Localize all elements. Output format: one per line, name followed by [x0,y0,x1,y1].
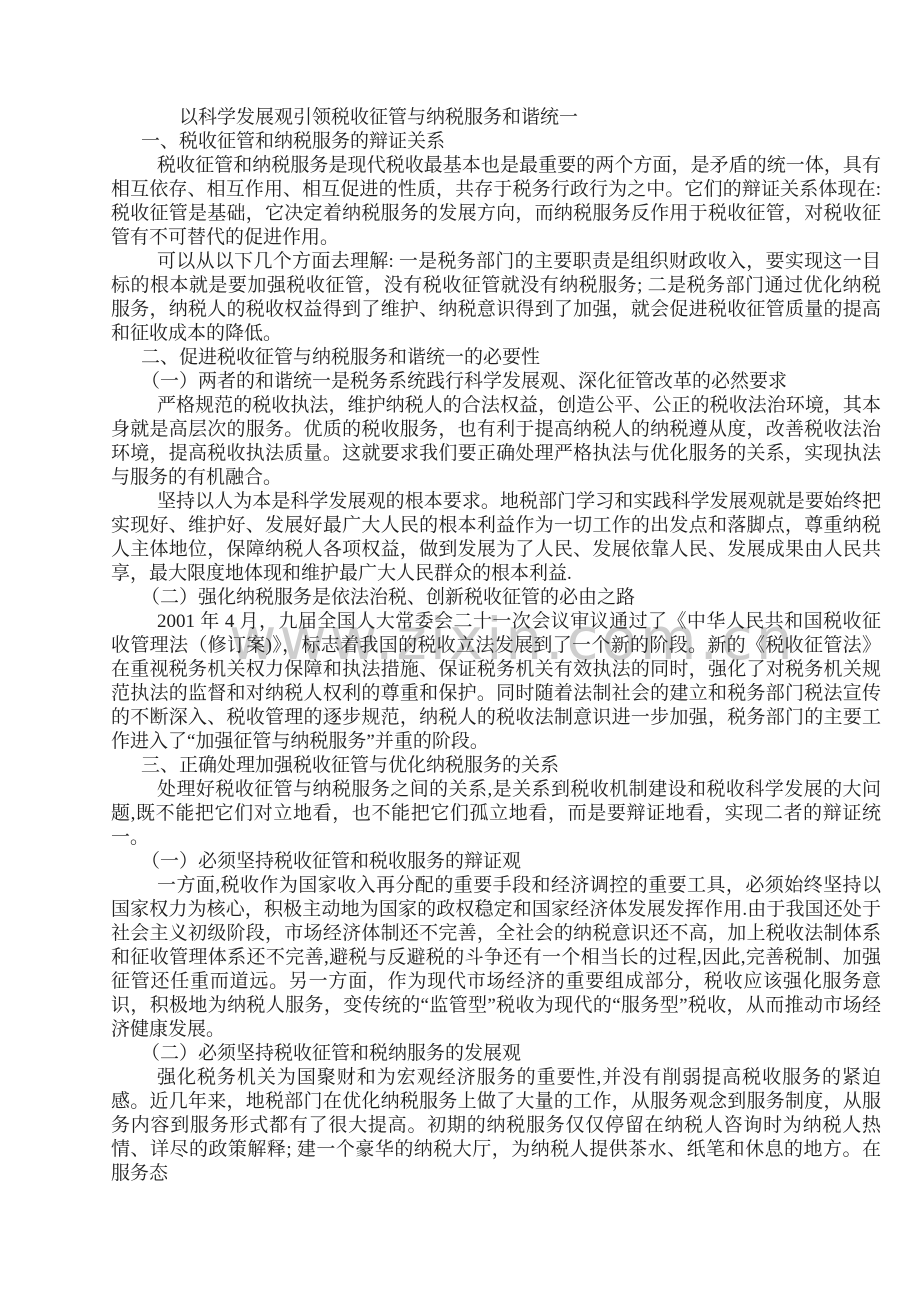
section-heading-2: 二、促进税收征管与纳税服务和谐统一的必要性 [111,346,881,370]
paragraph: 坚持以人为本是科学发展观的根本要求。地税部门学习和实践科学发展观就是要始终把实现… [111,490,881,586]
subsection-heading: （一）两者的和谐统一是税务系统践行科学发展观、深化征管改革的必然要求 [111,370,881,394]
paragraph: 税收征管和纳税服务是现代税收最基本也是最重要的两个方面，是矛盾的统一体，具有相互… [111,154,881,250]
subsection-heading: （一）必须坚持税收征管和税收服务的辩证观 [111,850,881,874]
paragraph: 一方面,税收作为国家收入再分配的重要手段和经济调控的重要工具，必须始终坚持以国家… [111,874,881,1042]
document-body: 以科学发展观引领税收征管与纳税服务和谐统一 一、税收征管和纳税服务的辩证关系 税… [111,106,881,1186]
document-page: www.zixin.com.cn 以科学发展观引领税收征管与纳税服务和谐统一 一… [0,0,920,1302]
subsection-heading: （二）强化纳税服务是依法治税、创新税收征管的必由之路 [111,586,881,610]
paragraph: 2001 年 4 月，九届全国人大常委会二十一次会议审议通过了《中华人民共和国税… [111,610,881,754]
paragraph: 处理好税收征管与纳税服务之间的关系,是关系到税收机制建设和税收科学发展的大问题,… [111,778,881,850]
subsection-heading: （二）必须坚持税收征管和税纳服务的发展观 [111,1042,881,1066]
document-title: 以科学发展观引领税收征管与纳税服务和谐统一 [111,106,881,130]
paragraph: 严格规范的税收执法，维护纳税人的合法权益，创造公平、公正的税收法治环境，其本身就… [111,394,881,490]
paragraph: 可以从以下几个方面去理解: 一是税务部门的主要职责是组织财政收入，要实现这一目标… [111,250,881,346]
paragraph: 强化税务机关为国聚财和为宏观经济服务的重要性,并没有削弱提高税收服务的紧迫感。近… [111,1066,881,1186]
section-heading-3: 三、正确处理加强税收征管与优化纳税服务的关系 [111,754,881,778]
section-heading-1: 一、税收征管和纳税服务的辩证关系 [111,130,881,154]
